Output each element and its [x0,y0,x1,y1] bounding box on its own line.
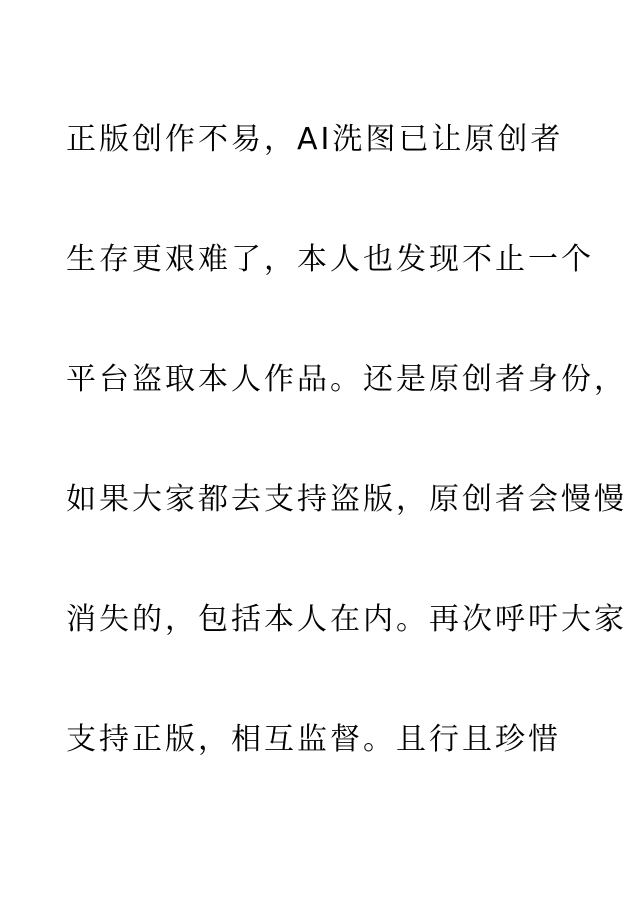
text-line: 正版创作不易，AI洗图已让原创者 [66,118,626,238]
text-line: 平台盗取本人作品。还是原创者身份， [66,358,626,478]
text-line: 生存更艰难了，本人也发现不止一个 [66,238,626,358]
text-line: 如果大家都去支持盗版，原创者会慢慢 [66,478,626,598]
text-line: 消失的，包括本人在内。再次呼吁大家 [66,598,626,718]
text-line: 支持正版，相互监督。且行且珍惜 [66,718,626,838]
notice-text-block: 正版创作不易，AI洗图已让原创者 生存更艰难了，本人也发现不止一个 平台盗取本人… [66,118,626,838]
